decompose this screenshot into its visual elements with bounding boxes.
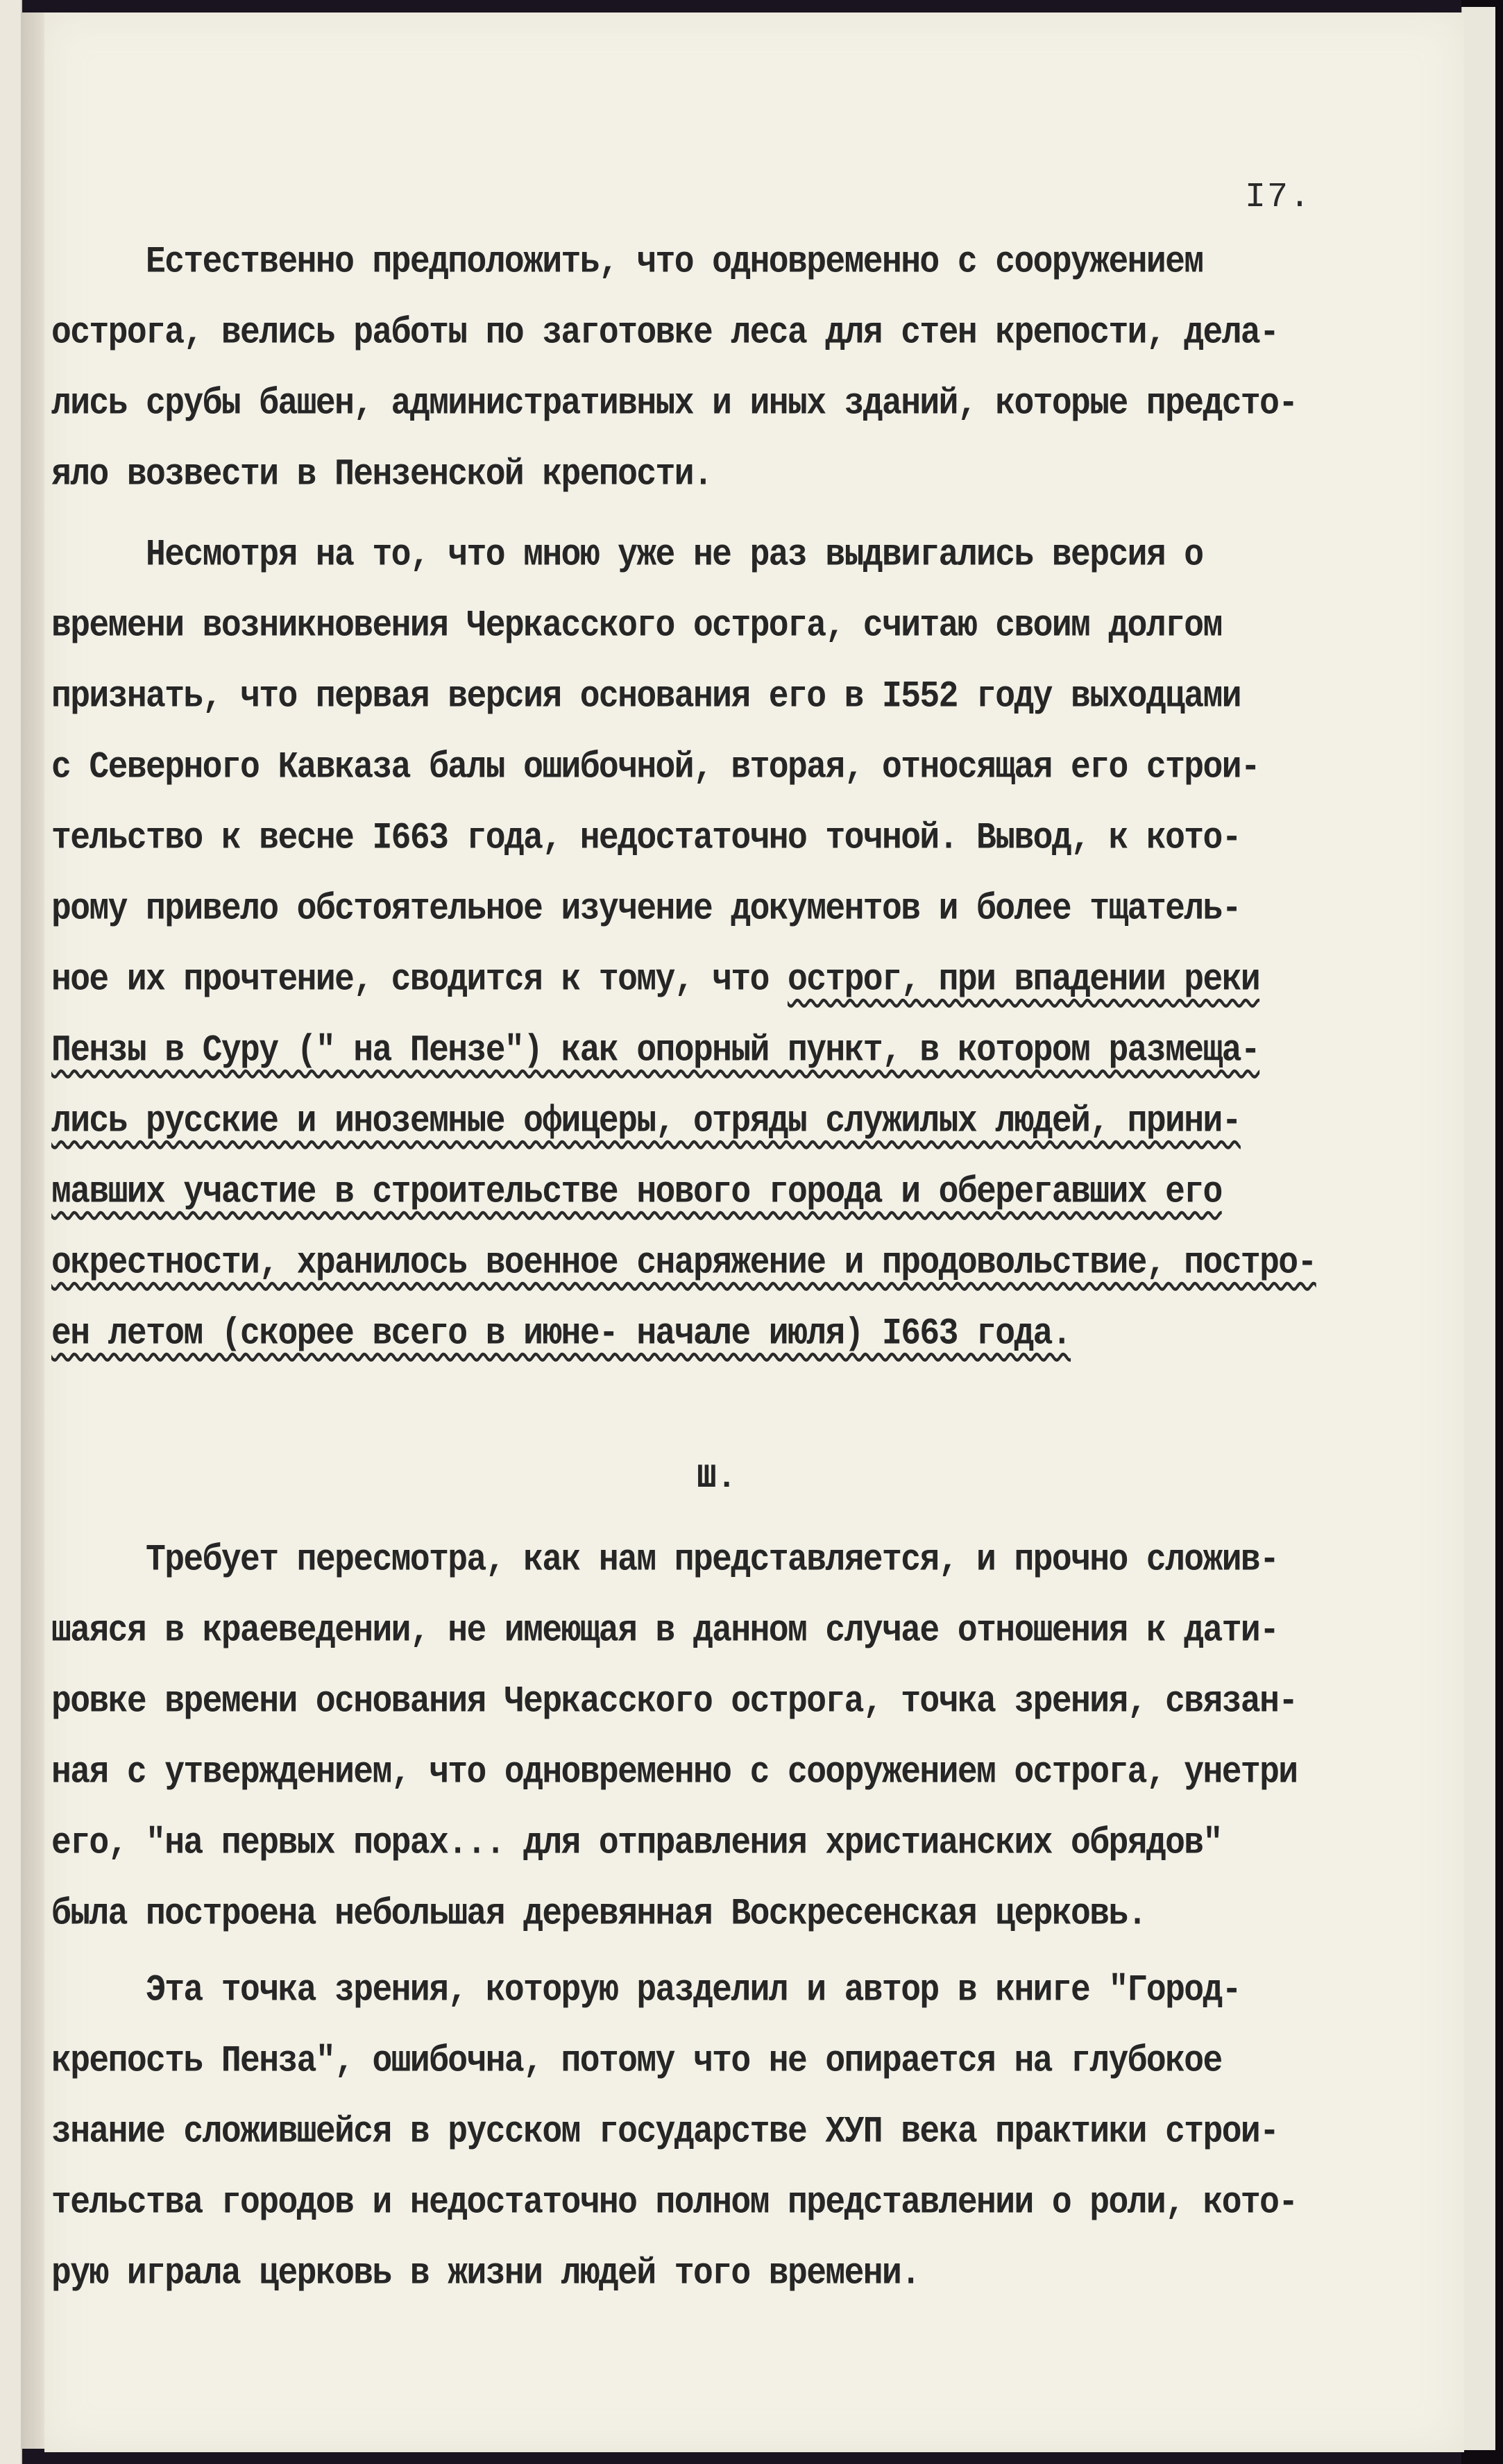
section-heading: Ш.: [697, 1460, 737, 1497]
paragraph-3-line-1: Требует пересмотра, как нам представляет…: [51, 1539, 1278, 1581]
underlined-text: окрестности, хранилось военное снаряжени…: [51, 1242, 1316, 1284]
underlined-text: ен летом (скорее всего в июне- начале ию…: [51, 1313, 1071, 1355]
paragraph-4-line-3: знание сложившейся в русском государстве…: [51, 2111, 1278, 2153]
paragraph-3-line-4: ная с утверждением, что одновременно с с…: [51, 1752, 1298, 1794]
paragraph-2-line-5: тельство к весне I663 года, недостаточно…: [51, 818, 1241, 859]
underlined-line-2: лись русские и иноземные офицеры, отряды…: [51, 1101, 1241, 1142]
plain-text-segment: ное их прочтение, сводится к тому, что: [51, 959, 788, 1001]
paragraph-1-line-2: острога, велись работы по заготовке леса…: [51, 312, 1278, 354]
right-page-stack: [1461, 0, 1503, 2464]
paragraph-4-line-4: тельства городов и недостаточно полном п…: [51, 2182, 1298, 2224]
page-number: I7.: [1245, 178, 1311, 217]
paragraph-2-line-7: ное их прочтение, сводится к тому, что о…: [51, 959, 1259, 1001]
paragraph-4-line-1: Эта точка зрения, которую разделил и авт…: [51, 1970, 1241, 2011]
paragraph-3-line-3: ровке времени основания Черкасского остр…: [51, 1681, 1298, 1723]
paragraph-1-line-4: яло возвести в Пензенской крепости.: [51, 454, 712, 496]
paragraph-2-line-2: времени возникновения Черкасского острог…: [51, 605, 1222, 647]
paragraph-2-line-4: с Северного Кавказа балы ошибочной, втор…: [51, 747, 1259, 788]
binding-gutter: [21, 12, 47, 2449]
paragraph-1-line-1: Естественно предположить, что одновремен…: [51, 242, 1203, 283]
underlined-text: лись русские и иноземные офицеры, отряды…: [51, 1101, 1241, 1142]
underlined-text-segment: острог, при впадении реки: [788, 959, 1259, 1001]
paragraph-3-line-2: шаяся в краеведении, не имеющая в данном…: [51, 1610, 1278, 1652]
underlined-line-1: Пензы в Суру (" на Пензе") как опорный п…: [51, 1030, 1259, 1072]
paragraph-4-line-5: рую играла церковь в жизни людей того вр…: [51, 2253, 919, 2295]
paragraph-3-line-5: его, "на первых порах... для отправления…: [51, 1823, 1222, 1864]
underlined-line-5: ен летом (скорее всего в июне- начале ию…: [51, 1313, 1071, 1355]
paragraph-3-line-6: была построена небольшая деревянная Воск…: [51, 1893, 1146, 1935]
underlined-line-4: окрестности, хранилось военное снаряжени…: [51, 1242, 1316, 1284]
paragraph-2-line-6: рому привело обстоятельное изучение доку…: [51, 888, 1241, 930]
left-page-edge: [0, 0, 22, 2464]
underlined-line-3: мавших участие в строительстве нового го…: [51, 1172, 1222, 1213]
underlined-text: Пензы в Суру (" на Пензе") как опорный п…: [51, 1030, 1259, 1072]
underlined-text: мавших участие в строительстве нового го…: [51, 1172, 1222, 1213]
typewritten-page: I7. Естественно предположить, что одновр…: [44, 12, 1464, 2452]
paragraph-2-line-3: признать, что первая версия основания ег…: [51, 676, 1241, 718]
paragraph-4-line-2: крепость Пенза", ошибочна, потому что не…: [51, 2041, 1222, 2082]
underlying-page-edge: [1461, 7, 1495, 2450]
paragraph-1-line-3: лись срубы башен, административных и ины…: [51, 383, 1298, 425]
paragraph-2-line-1: Несмотря на то, что мною уже не раз выдв…: [51, 534, 1203, 576]
